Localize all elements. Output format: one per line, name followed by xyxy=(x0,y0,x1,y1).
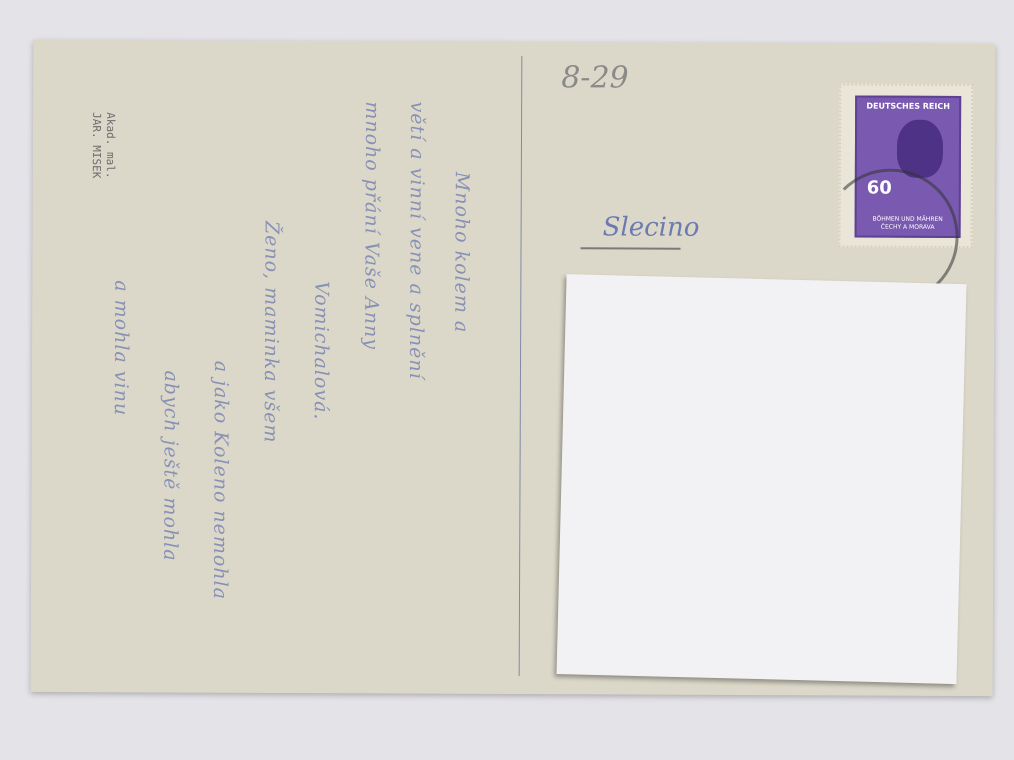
message-line: a mohla vinu xyxy=(110,280,133,416)
message-line: mnoho přání Vaše Anny xyxy=(360,101,383,350)
message-line: Mnoho kolem a xyxy=(450,172,473,334)
message-line: Ženo, maminka všem xyxy=(260,221,283,444)
publisher-imprint: Akad. mal. JAR. MISEK xyxy=(89,112,117,178)
message-line: a jako Koleno nemohla xyxy=(209,361,232,600)
message-line: větí a vinní vene a splnění xyxy=(405,102,428,380)
address-text: Slecino xyxy=(603,212,700,242)
publisher-line-1: Akad. mal. xyxy=(103,112,117,178)
message-line: abych ještě mohla xyxy=(159,370,182,561)
center-divider-line xyxy=(519,56,523,676)
handwritten-number: 8-29 xyxy=(561,60,629,95)
message-line: Vomichalová. xyxy=(310,281,333,420)
address-underline xyxy=(581,247,681,249)
blank-paper-overlay xyxy=(557,274,967,684)
publisher-line-2: JAR. MISEK xyxy=(89,112,103,178)
stamp-country: DEUTSCHES REICH xyxy=(857,101,959,110)
postcard: Akad. mal. JAR. MISEK Mnoho kolem a větí… xyxy=(31,40,996,696)
